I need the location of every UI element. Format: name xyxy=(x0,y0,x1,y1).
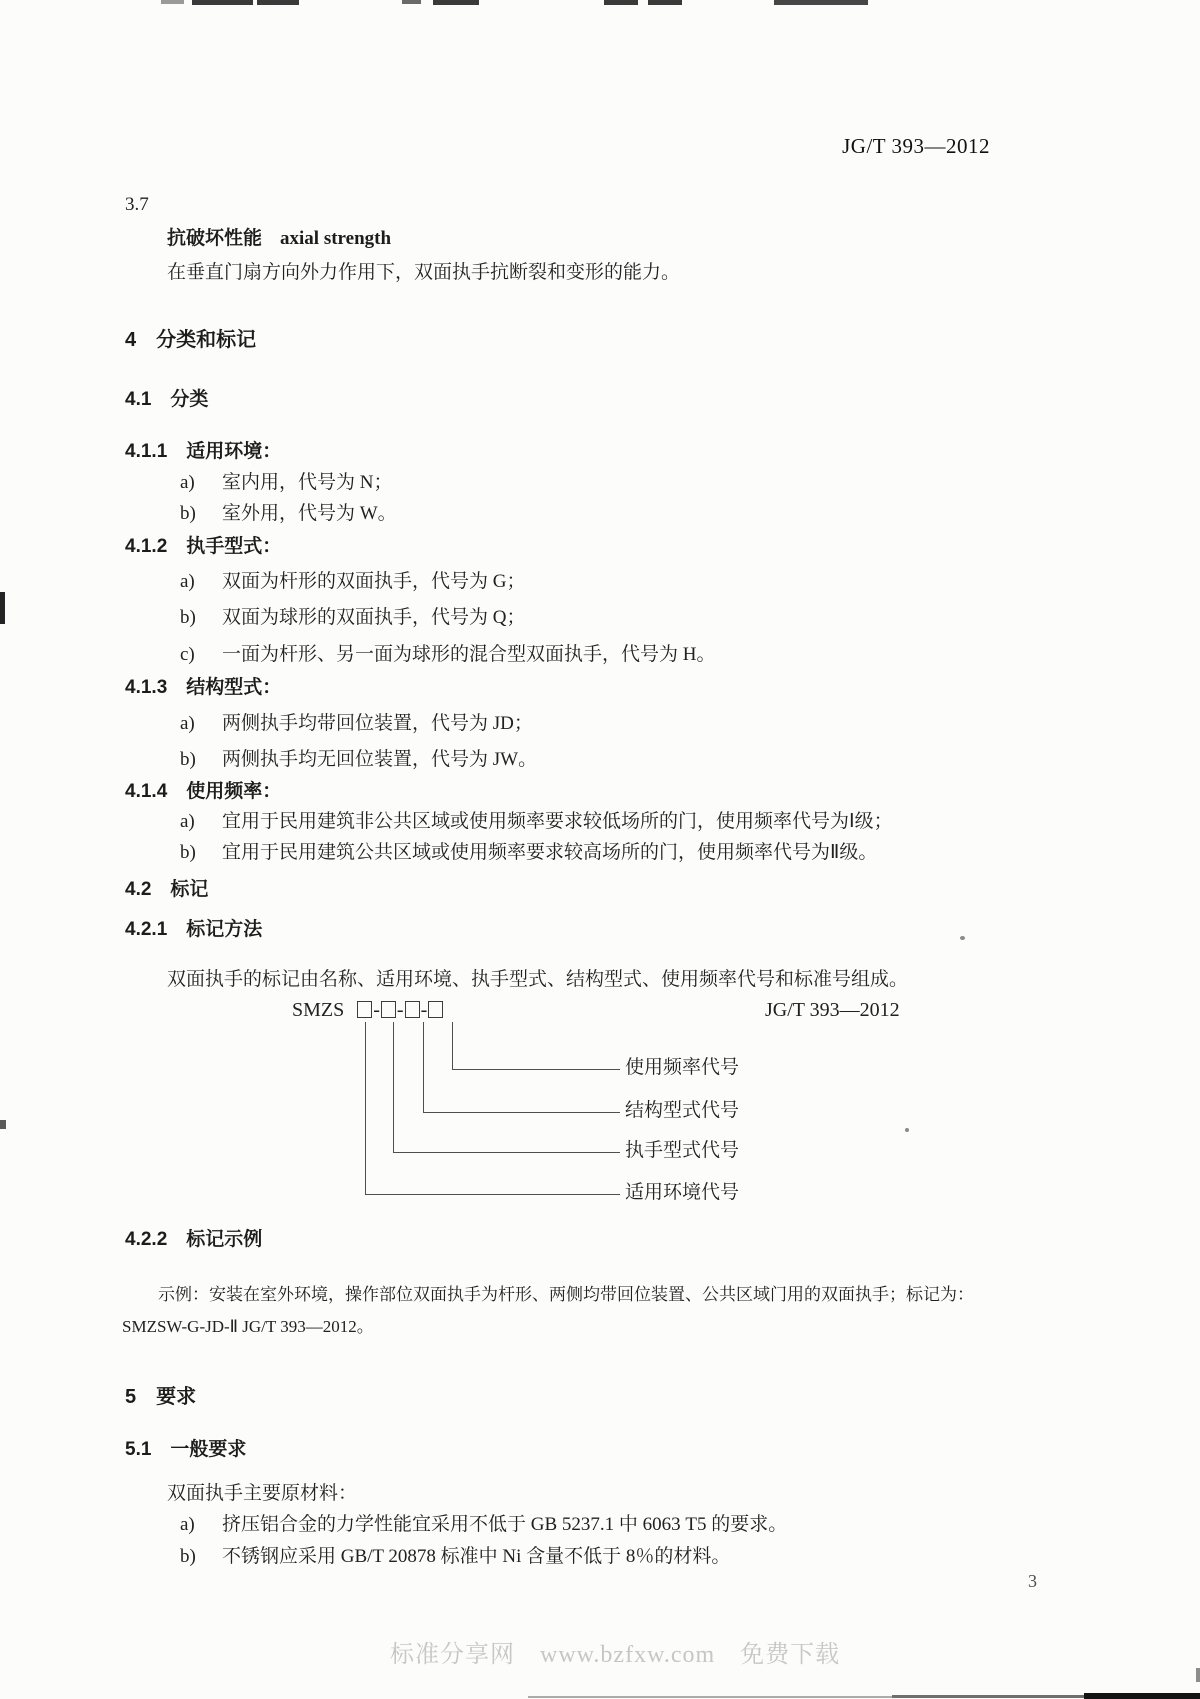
term-cn: 抗破坏性能 xyxy=(167,228,262,249)
list-text: 室外用，代号为 W。 xyxy=(222,503,397,524)
diagram-label-handle-type: 执手型式代号 xyxy=(625,1139,739,1163)
list-text: 两侧执手均无回位装置，代号为 JW。 xyxy=(222,749,537,770)
scan-artifact xyxy=(0,592,5,624)
code-box-structure xyxy=(405,1001,420,1018)
list-item: b)不锈钢应采用 GB/T 20878 标准中 Ni 含量不低于 8％的材料。 xyxy=(180,1545,730,1569)
section-4-1-3-heading: 4.1.3 结构型式： xyxy=(125,676,281,700)
document-page: JG/T 393—2012 3.7 抗破坏性能 axial strength 在… xyxy=(0,0,1200,1699)
code-separator: - xyxy=(372,999,381,1021)
scan-artifact xyxy=(774,0,868,5)
scan-artifact xyxy=(648,0,682,5)
leader-line xyxy=(423,1022,424,1112)
code-separator: - xyxy=(420,999,429,1021)
scan-artifact xyxy=(892,1695,1084,1698)
scan-artifact xyxy=(192,0,253,5)
leader-line xyxy=(452,1022,453,1069)
marking-method-text: 双面执手的标记由名称、适用环境、执手型式、结构型式、使用频率代号和标准号组成。 xyxy=(167,968,908,992)
marking-code-prefix: SMZS xyxy=(292,999,344,1021)
scan-artifact xyxy=(604,0,638,5)
scan-artifact xyxy=(433,0,479,5)
section-4-1-4-heading: 4.1.4 使用频率： xyxy=(125,780,281,804)
section-4-1-2-heading: 4.1.2 执手型式： xyxy=(125,535,281,559)
section-5-1-heading: 5.1 一般要求 xyxy=(125,1438,246,1462)
leader-line xyxy=(365,1022,366,1194)
list-item: a)两侧执手均带回位装置，代号为 JD； xyxy=(180,712,533,736)
section-5-heading: 5 要求 xyxy=(125,1385,196,1410)
standard-code-header: JG/T 393—2012 xyxy=(842,133,990,159)
code-box-environment xyxy=(357,1001,372,1018)
watermark-text: 标准分享网 www.bzfxw.com 免费下载 xyxy=(390,1640,840,1670)
list-tag: b) xyxy=(180,841,222,865)
list-item: c)一面为杆形、另一面为球形的混合型双面执手，代号为 H。 xyxy=(180,643,715,667)
scan-artifact xyxy=(402,0,421,4)
list-item: b)宜用于民用建筑公共区域或使用频率要求较高场所的门，使用频率代号为Ⅱ级。 xyxy=(180,841,877,865)
list-tag: a) xyxy=(180,810,222,834)
term-line: 抗破坏性能 axial strength xyxy=(167,227,391,251)
leader-line xyxy=(452,1069,620,1070)
list-text: 一面为杆形、另一面为球形的混合型双面执手，代号为 H。 xyxy=(222,644,715,665)
list-item: a)挤压铝合金的力学性能宜采用不低于 GB 5237.1 中 6063 T5 的… xyxy=(180,1513,787,1537)
list-tag: a) xyxy=(180,570,222,594)
example-text: 示例：安装在室外环境，操作部位双面执手为杆形、两侧均带回位装置、公共区域门用的双… xyxy=(158,1284,974,1305)
leader-line xyxy=(393,1022,394,1152)
list-tag: b) xyxy=(180,748,222,772)
diagram-label-environment: 适用环境代号 xyxy=(625,1181,739,1205)
scan-artifact xyxy=(1084,1693,1200,1699)
term-number: 3.7 xyxy=(125,193,149,217)
section-4-2-heading: 4.2 标记 xyxy=(125,878,208,902)
section-4-2-1-heading: 4.2.1 标记方法 xyxy=(125,918,262,942)
code-separator: - xyxy=(396,999,405,1021)
marking-code-standard: JG/T 393—2012 xyxy=(765,998,900,1023)
code-box-handle-type xyxy=(381,1001,396,1018)
marking-code-line: SMZS --- xyxy=(292,998,443,1023)
section-4-heading: 4 分类和标记 xyxy=(125,328,256,353)
list-item: a)宜用于民用建筑非公共区域或使用频率要求较低场所的门，使用频率代号为Ⅰ级； xyxy=(180,810,893,834)
diagram-label-structure: 结构型式代号 xyxy=(625,1099,739,1123)
example-code: SMZSW-G-JD-Ⅱ JG/T 393—2012。 xyxy=(122,1316,374,1337)
leader-line xyxy=(365,1194,620,1195)
scan-artifact xyxy=(161,0,184,4)
list-tag: b) xyxy=(180,606,222,630)
list-tag: c) xyxy=(180,643,222,667)
leader-line xyxy=(423,1112,620,1113)
list-text: 宜用于民用建筑非公共区域或使用频率要求较低场所的门，使用频率代号为Ⅰ级； xyxy=(222,811,893,832)
list-tag: a) xyxy=(180,712,222,736)
list-tag: a) xyxy=(180,1513,222,1537)
page-number: 3 xyxy=(1028,1570,1037,1593)
code-box-frequency xyxy=(428,1001,443,1018)
requirements-intro: 双面执手主要原材料： xyxy=(167,1482,357,1506)
list-item: b)两侧执手均无回位装置，代号为 JW。 xyxy=(180,748,537,772)
section-4-1-heading: 4.1 分类 xyxy=(125,388,208,412)
list-item: b)双面为球形的双面执手，代号为 Q； xyxy=(180,606,525,630)
list-text: 宜用于民用建筑公共区域或使用频率要求较高场所的门，使用频率代号为Ⅱ级。 xyxy=(222,842,877,863)
scan-artifact xyxy=(257,0,299,5)
diagram-label-frequency: 使用频率代号 xyxy=(625,1056,739,1080)
list-text: 室内用，代号为 N； xyxy=(222,472,392,493)
list-item: a)室内用，代号为 N； xyxy=(180,471,392,495)
list-tag: b) xyxy=(180,1545,222,1569)
term-definition: 在垂直门扇方向外力作用下，双面执手抗断裂和变形的能力。 xyxy=(167,261,680,285)
section-4-1-1-heading: 4.1.1 适用环境： xyxy=(125,440,281,464)
list-text: 不锈钢应采用 GB/T 20878 标准中 Ni 含量不低于 8％的材料。 xyxy=(222,1546,730,1567)
list-tag: a) xyxy=(180,471,222,495)
scan-speck xyxy=(960,936,965,940)
list-text: 双面为杆形的双面执手，代号为 G； xyxy=(222,571,525,592)
section-4-2-2-heading: 4.2.2 标记示例 xyxy=(125,1228,262,1252)
list-tag: b) xyxy=(180,502,222,526)
scan-artifact xyxy=(528,1696,892,1698)
list-item: a)双面为杆形的双面执手，代号为 G； xyxy=(180,570,525,594)
scan-speck xyxy=(905,1128,909,1132)
list-text: 两侧执手均带回位装置，代号为 JD； xyxy=(222,713,533,734)
leader-line xyxy=(393,1152,620,1153)
term-en: axial strength xyxy=(280,228,391,249)
list-text: 挤压铝合金的力学性能宜采用不低于 GB 5237.1 中 6063 T5 的要求… xyxy=(222,1514,787,1535)
scan-artifact xyxy=(1196,1668,1200,1682)
list-text: 双面为球形的双面执手，代号为 Q； xyxy=(222,607,525,628)
scan-artifact xyxy=(0,1120,6,1129)
list-item: b)室外用，代号为 W。 xyxy=(180,502,397,526)
